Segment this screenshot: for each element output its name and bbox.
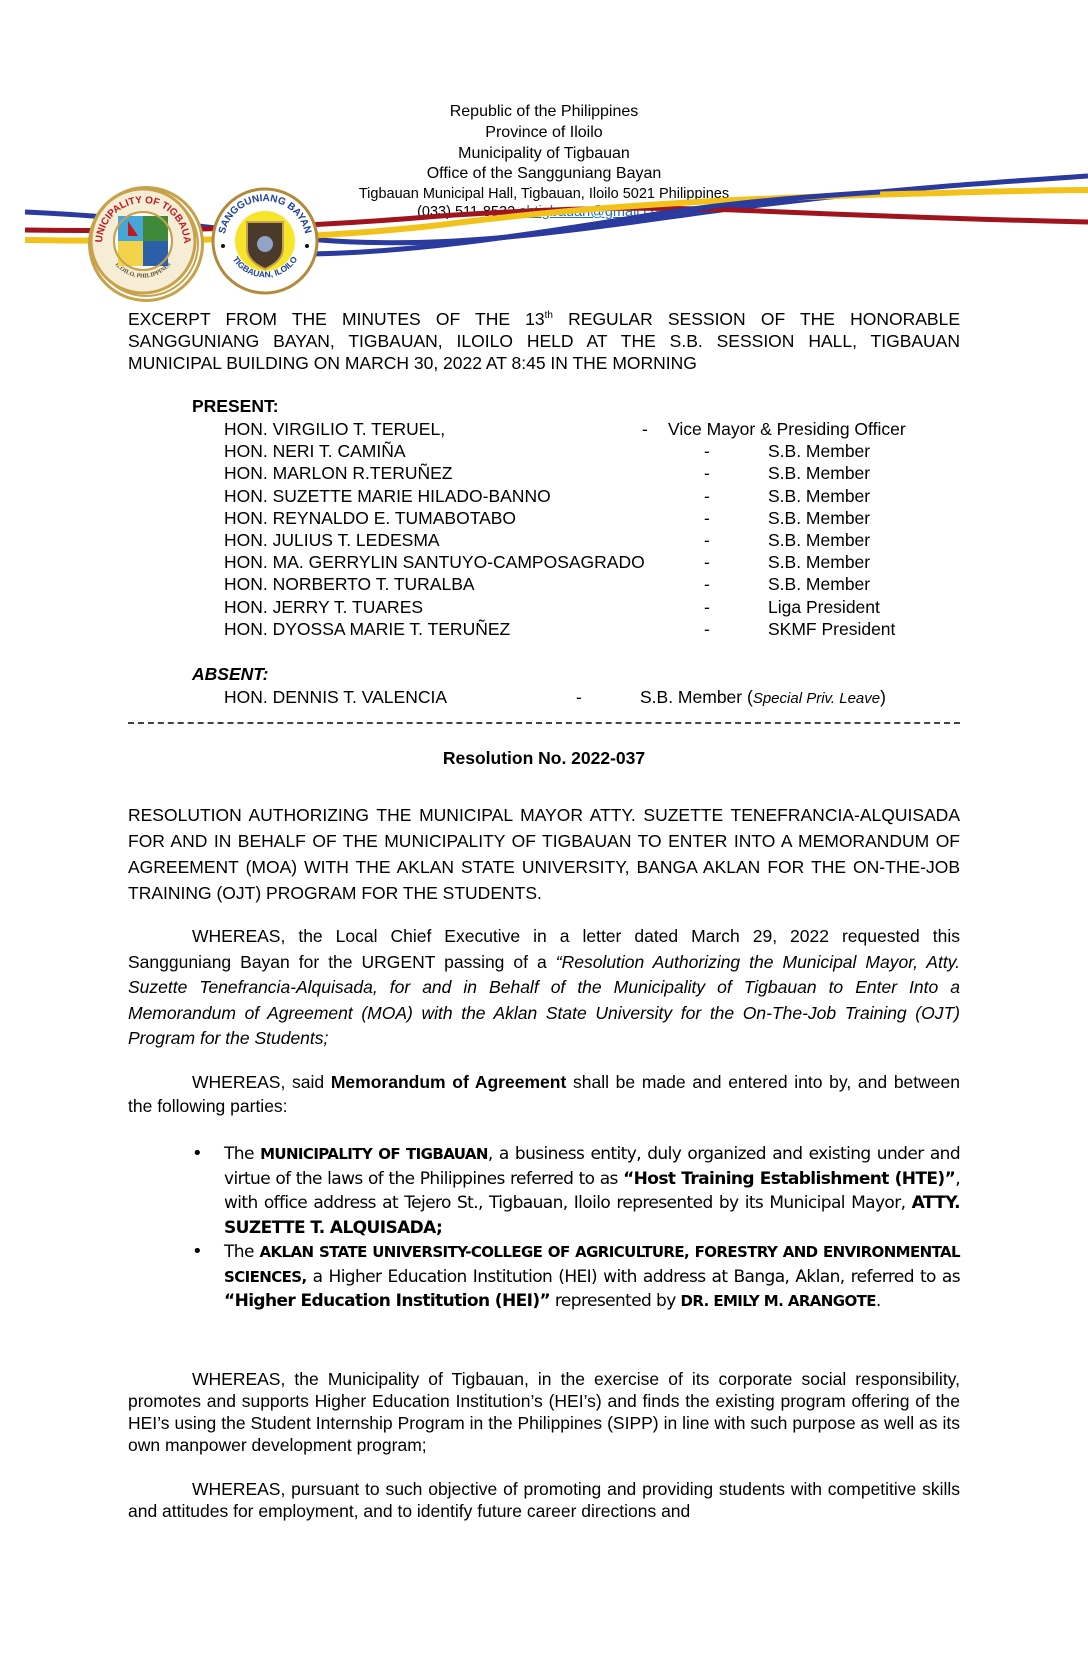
member-name: HON. VIRGILIO T. TERUEL, xyxy=(224,418,445,440)
member-dash: - xyxy=(704,596,710,618)
member-role: Vice Mayor & Presiding Officer xyxy=(668,418,906,440)
letterhead-country: Republic of the Philippines xyxy=(0,102,1088,122)
party-text: a Higher Education Institution (HEI) wit… xyxy=(307,1267,960,1287)
party-emphasis: “Host Training Establishment (HTE)” xyxy=(623,1169,955,1189)
member-dash: - xyxy=(704,507,710,529)
absent-member-row: HON. DENNIS T. VALENCIA - S.B. Member (S… xyxy=(224,686,954,708)
present-label: PRESENT: xyxy=(192,396,279,417)
present-member-row: HON. MA. GERRYLIN SANTUYO-CAMPOSAGRADO-S… xyxy=(224,551,954,573)
whereas-clause-2: WHEREAS, said Memorandum of Agreement sh… xyxy=(128,1070,960,1118)
absent-label: ABSENT: xyxy=(192,664,268,685)
member-role: S.B. Member xyxy=(768,485,870,507)
member-name: HON. DENNIS T. VALENCIA xyxy=(224,686,447,708)
present-member-row: HON. JERRY T. TUARES-Liga President xyxy=(224,596,954,618)
party-emphasis: MUNICIPALITY OF TIGBAUAN xyxy=(260,1145,488,1163)
member-dash: - xyxy=(704,529,710,551)
present-member-row: HON. NORBERTO T. TURALBA-S.B. Member xyxy=(224,573,954,595)
member-role: Liga President xyxy=(768,596,880,618)
present-member-row: HON. REYNALDO E. TUMABOTABO-S.B. Member xyxy=(224,507,954,529)
member-role: SKMF President xyxy=(768,618,895,640)
present-member-row: HON. SUZETTE MARIE HILADO-BANNO-S.B. Mem… xyxy=(224,485,954,507)
member-role: S.B. Member (Special Priv. Leave) xyxy=(640,686,886,710)
member-name: HON. JERRY T. TUARES xyxy=(224,596,423,618)
whereas-clause-3: WHEREAS, the Municipality of Tigbauan, i… xyxy=(128,1368,960,1456)
excerpt-header: EXCERPT FROM THE MINUTES OF THE 13th REG… xyxy=(128,308,960,374)
resolution-title: RESOLUTION AUTHORIZING THE MUNICIPAL MAY… xyxy=(128,802,960,906)
present-member-row: HON. NERI T. CAMIÑA-S.B. Member xyxy=(224,440,954,462)
member-role: S.B. Member xyxy=(768,551,870,573)
whereas-clause-4: WHEREAS, pursuant to such objective of p… xyxy=(128,1478,960,1522)
member-role: S.B. Member xyxy=(768,573,870,595)
member-role: S.B. Member xyxy=(768,440,870,462)
present-member-row: HON. DYOSSA MARIE T. TERUÑEZ-SKMF Presid… xyxy=(224,618,954,640)
letterhead-municipality: Municipality of Tigbauan xyxy=(0,144,1088,164)
party-text: The xyxy=(224,1242,260,1262)
member-dash: - xyxy=(642,418,648,440)
member-name: HON. JULIUS T. LEDESMA xyxy=(224,529,440,551)
parties-list: The MUNICIPALITY OF TIGBAUAN, a business… xyxy=(192,1142,960,1314)
member-dash: - xyxy=(576,686,582,708)
member-role: S.B. Member xyxy=(768,507,870,529)
member-name: HON. DYOSSA MARIE T. TERUÑEZ xyxy=(224,618,510,640)
member-name: HON. MARLON R.TERUÑEZ xyxy=(224,462,452,484)
member-dash: - xyxy=(704,551,710,573)
member-dash: - xyxy=(704,618,710,640)
party-text: The xyxy=(224,1144,260,1164)
resolution-number: Resolution No. 2022-037 xyxy=(0,748,1088,769)
member-role: S.B. Member xyxy=(768,529,870,551)
member-name: HON. REYNALDO E. TUMABOTABO xyxy=(224,507,516,529)
party-emphasis: DR. EMILY M. ARANGOTE xyxy=(681,1292,876,1310)
member-dash: - xyxy=(704,440,710,462)
member-name: HON. NORBERTO T. TURALBA xyxy=(224,573,475,595)
member-name: HON. NERI T. CAMIÑA xyxy=(224,440,406,462)
member-dash: - xyxy=(704,573,710,595)
party-text: represented by xyxy=(550,1291,680,1311)
letterhead-province: Province of Iloilo xyxy=(0,123,1088,143)
leave-note: Special Priv. Leave xyxy=(753,690,880,707)
present-member-row: HON. JULIUS T. LEDESMA-S.B. Member xyxy=(224,529,954,551)
member-name: HON. SUZETTE MARIE HILADO-BANNO xyxy=(224,485,551,507)
member-role: S.B. Member xyxy=(768,462,870,484)
party-text: . xyxy=(876,1291,881,1311)
party-item-municipality: The MUNICIPALITY OF TIGBAUAN, a business… xyxy=(192,1142,960,1240)
sangguniang-bayan-seal: SANGGUNIANG BAYAN TIGBAUAN, ILOILO xyxy=(210,186,320,296)
member-dash: - xyxy=(704,462,710,484)
member-name: HON. MA. GERRYLIN SANTUYO-CAMPOSAGRADO xyxy=(224,551,645,573)
section-divider xyxy=(128,722,960,724)
party-item-aklan-state-university: The AKLAN STATE UNIVERSITY-COLLEGE OF AG… xyxy=(192,1240,960,1314)
party-emphasis: “Higher Education Institution (HEI)” xyxy=(224,1291,550,1311)
present-member-row: HON. MARLON R.TERUÑEZ-S.B. Member xyxy=(224,462,954,484)
municipality-seal: MUNICIPALITY OF TIGBAUAN ILOILO, PHILIPP… xyxy=(88,186,204,302)
member-dash: - xyxy=(704,485,710,507)
whereas-clause-1: WHEREAS, the Local Chief Executive in a … xyxy=(128,924,960,1052)
present-member-row: HON. VIRGILIO T. TERUEL,-Vice Mayor & Pr… xyxy=(224,418,954,440)
